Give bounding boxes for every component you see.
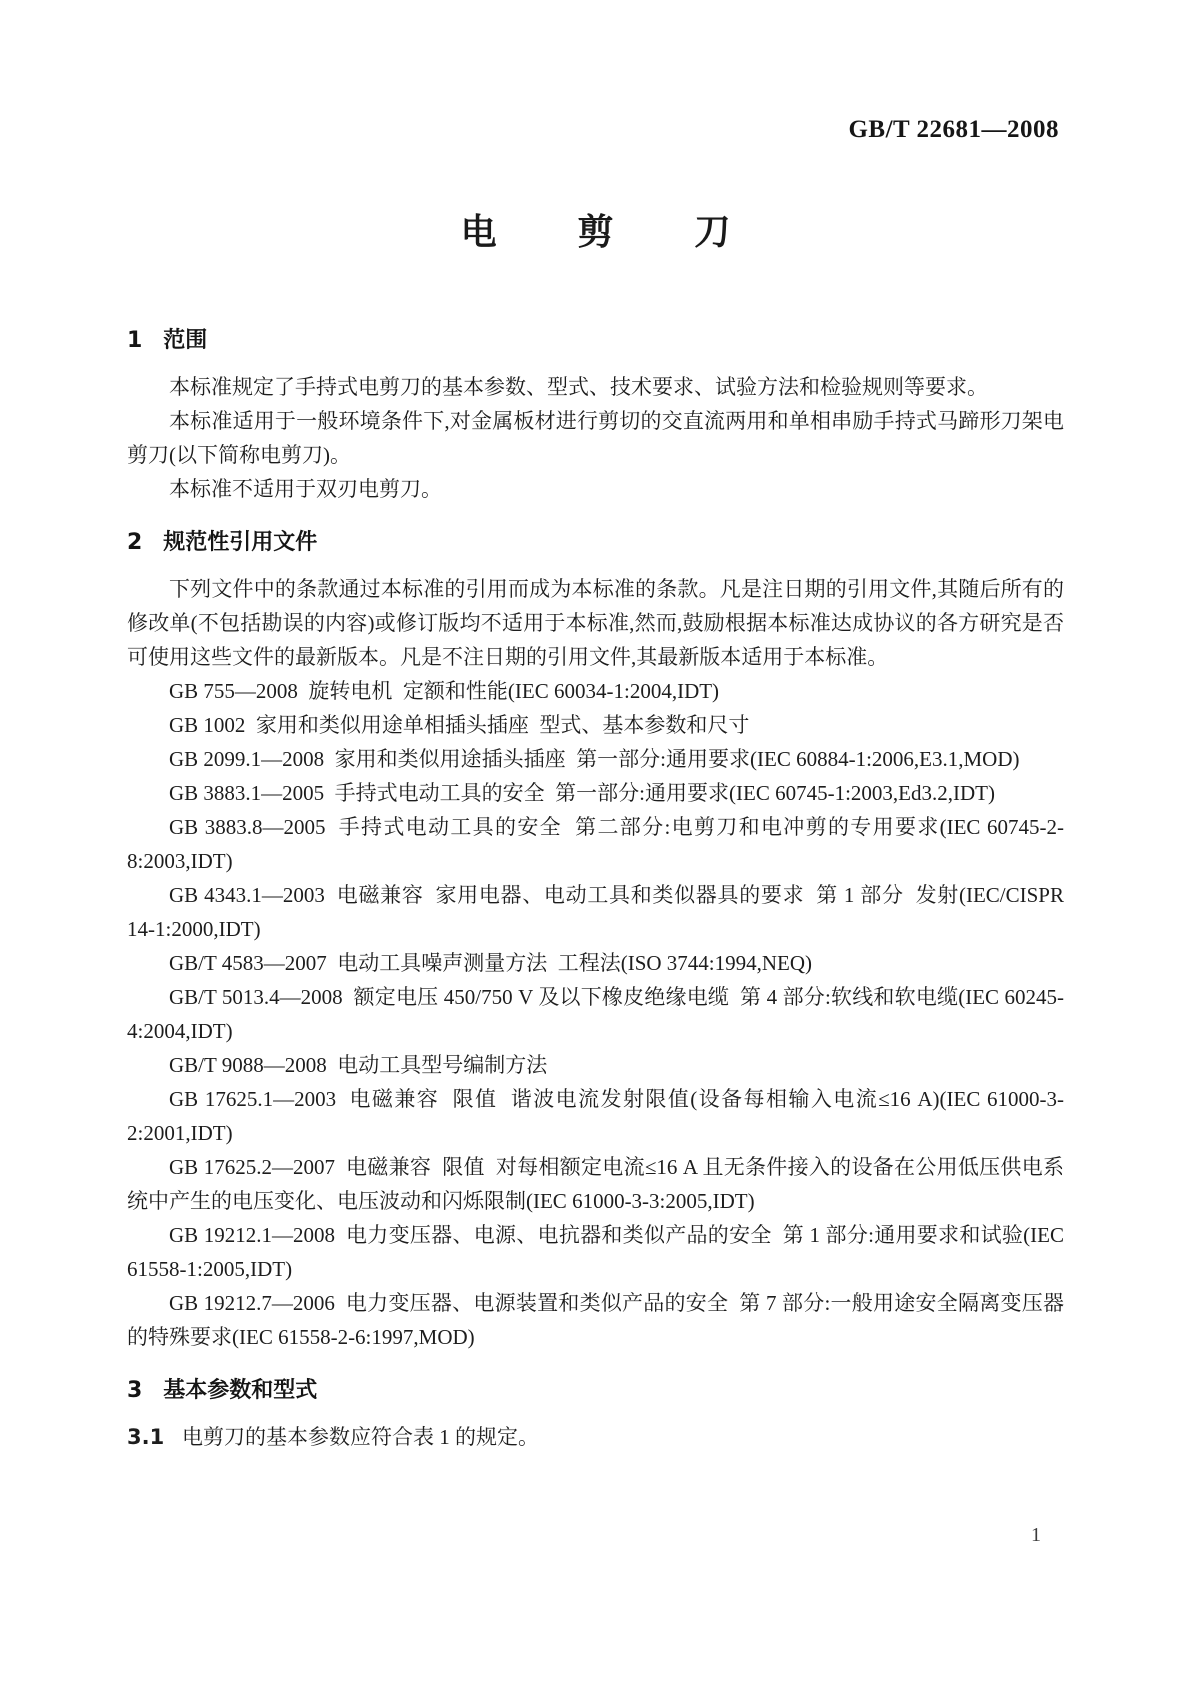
reference-item: GB 19212.1—2008 电力变压器、电源、电抗器和类似产品的安全 第 1… xyxy=(127,1218,1064,1286)
reference-item: GB 755—2008 旋转电机 定额和性能(IEC 60034-1:2004,… xyxy=(127,674,1064,708)
reference-item: GB 3883.1—2005 手持式电动工具的安全 第一部分:通用要求(IEC … xyxy=(127,776,1064,810)
document-page: GB/T 22681—2008 电 剪 刀 1范围 本标准规定了手持式电剪刀的基… xyxy=(0,0,1191,1684)
reference-item: GB 2099.1—2008 家用和类似用途插头插座 第一部分:通用要求(IEC… xyxy=(127,742,1064,776)
section-3-heading: 3基本参数和型式 xyxy=(127,1374,1064,1408)
section-2-heading: 2规范性引用文件 xyxy=(127,526,1064,560)
reference-item: GB 17625.2—2007 电磁兼容 限值 对每相额定电流≤16 A 且无条… xyxy=(127,1150,1064,1218)
section-scope: 1范围 本标准规定了手持式电剪刀的基本参数、型式、技术要求、试验方法和检验规则等… xyxy=(127,324,1064,506)
page-number: 1 xyxy=(1031,1524,1041,1547)
reference-item: GB 4343.1—2003 电磁兼容 家用电器、电动工具和类似器具的要求 第 … xyxy=(127,878,1064,946)
references-intro: 下列文件中的条款通过本标准的引用而成为本标准的条款。凡是注日期的引用文件,其随后… xyxy=(127,572,1064,674)
reference-item: GB 17625.1—2003 电磁兼容 限值 谐波电流发射限值(设备每相输入电… xyxy=(127,1082,1064,1150)
scope-paragraph-2: 本标准适用于一般环境条件下,对金属板材进行剪切的交直流两用和单相串励手持式马蹄形… xyxy=(127,404,1064,472)
page-header: GB/T 22681—2008 xyxy=(848,116,1059,144)
document-title: 电 剪 刀 xyxy=(0,204,1191,255)
section-1-number: 1 xyxy=(127,324,142,358)
section-2-title: 规范性引用文件 xyxy=(163,530,317,555)
scope-paragraph-3: 本标准不适用于双刃电剪刀。 xyxy=(127,472,1064,506)
document-body: 1范围 本标准规定了手持式电剪刀的基本参数、型式、技术要求、试验方法和检验规则等… xyxy=(127,324,1064,1454)
standard-number: GB/T 22681—2008 xyxy=(848,116,1059,143)
reference-item: GB/T 4583—2007 电动工具噪声测量方法 工程法(ISO 3744:1… xyxy=(127,946,1064,980)
clause-3-1: 3.1电剪刀的基本参数应符合表 1 的规定。 xyxy=(127,1420,1064,1454)
section-3-number: 3 xyxy=(127,1374,142,1408)
reference-item: GB 1002 家用和类似用途单相插头插座 型式、基本参数和尺寸 xyxy=(127,708,1064,742)
reference-item: GB/T 5013.4—2008 额定电压 450/750 V 及以下橡皮绝缘电… xyxy=(127,980,1064,1048)
reference-item: GB 19212.7—2006 电力变压器、电源装置和类似产品的安全 第 7 部… xyxy=(127,1286,1064,1354)
clause-3-1-text: 电剪刀的基本参数应符合表 1 的规定。 xyxy=(182,1425,539,1449)
clause-3-1-number: 3.1 xyxy=(127,1425,164,1449)
section-3-title: 基本参数和型式 xyxy=(163,1378,317,1403)
scope-paragraph-1: 本标准规定了手持式电剪刀的基本参数、型式、技术要求、试验方法和检验规则等要求。 xyxy=(127,370,1064,404)
section-normative-references: 2规范性引用文件 下列文件中的条款通过本标准的引用而成为本标准的条款。凡是注日期… xyxy=(127,526,1064,1354)
reference-item: GB/T 9088—2008 电动工具型号编制方法 xyxy=(127,1048,1064,1082)
reference-item: GB 3883.8—2005 手持式电动工具的安全 第二部分:电剪刀和电冲剪的专… xyxy=(127,810,1064,878)
section-1-heading: 1范围 xyxy=(127,324,1064,358)
section-basic-parameters: 3基本参数和型式 3.1电剪刀的基本参数应符合表 1 的规定。 xyxy=(127,1374,1064,1454)
section-1-title: 范围 xyxy=(163,328,207,353)
section-2-number: 2 xyxy=(127,526,142,560)
